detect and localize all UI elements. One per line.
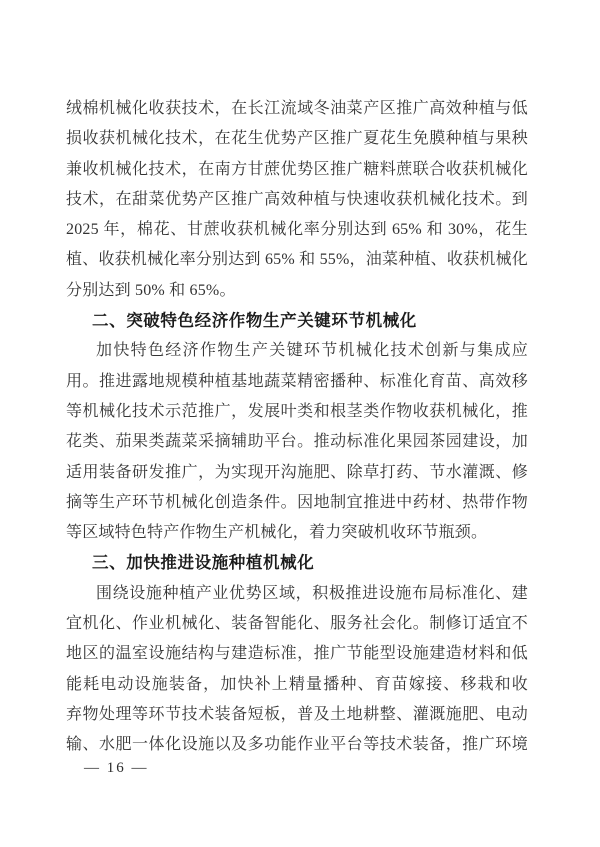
text-line: 围绕设施种植产业优势区域，积极推进设施布局标准化、建造 bbox=[66, 579, 528, 609]
text-line: 加快特色经济作物生产关键环节机械化技术创新与集成应 bbox=[66, 336, 528, 366]
text-line: 等区域特色特产作物生产机械化，着力突破机收环节瓶颈。 bbox=[66, 518, 528, 548]
text-line: 适用装备研发推广，为实现开沟施肥、除草打药、节水灌溉、修剪采 bbox=[66, 458, 528, 488]
text-line: 植、收获机械化率分别达到 65% 和 55%，油菜种植、收获机械化率 bbox=[66, 245, 528, 275]
text-line: 2025 年，棉花、甘蔗收获机械化率分别达到 65% 和 30%，花生种 bbox=[66, 215, 528, 245]
text-line: 宜机化、作业机械化、装备智能化、服务社会化。制修订适宜不同 bbox=[66, 609, 528, 639]
text-line: 输、水肥一体化设施以及多功能作业平台等技术装备，推广环境自 bbox=[66, 730, 528, 760]
text-line: 地区的温室设施结构与建造标准，推广节能型设施建造材料和低 bbox=[66, 639, 528, 669]
section-heading: 三、加快推进设施种植机械化 bbox=[66, 548, 528, 578]
text-line: 分别达到 50% 和 65%。 bbox=[66, 276, 528, 306]
text-line: 兼收机械化技术，在南方甘蔗优势区推广糖料蔗联合收获机械化 bbox=[66, 155, 528, 185]
text-line: 花类、茄果类蔬菜采摘辅助平台。推动标准化果园茶园建设，加快 bbox=[66, 427, 528, 457]
text-line: 摘等生产环节机械化创造条件。因地制宜推进中药材、热带作物 bbox=[66, 488, 528, 518]
document-body: 绒棉机械化收获技术，在长江流域冬油菜产区推广高效种植与低损收获机械化技术，在花生… bbox=[66, 94, 528, 761]
text-line: 技术，在甜菜优势产区推广高效种植与快速收获机械化技术。到 bbox=[66, 185, 528, 215]
text-line: 等机械化技术示范推广，发展叶类和根茎类作物收获机械化，推广 bbox=[66, 397, 528, 427]
text-line: 绒棉机械化收获技术，在长江流域冬油菜产区推广高效种植与低 bbox=[66, 94, 528, 124]
text-line: 损收获机械化技术，在花生优势产区推广夏花生免膜种植与果秧 bbox=[66, 124, 528, 154]
page-number: — 16 — bbox=[84, 760, 149, 777]
text-line: 用。推进露地规模种植基地蔬菜精密播种、标准化育苗、高效移栽 bbox=[66, 367, 528, 397]
section-heading: 二、突破特色经济作物生产关键环节机械化 bbox=[66, 306, 528, 336]
document-page: 绒棉机械化收获技术，在长江流域冬油菜产区推广高效种植与低损收获机械化技术，在花生… bbox=[0, 0, 600, 847]
text-line: 能耗电动设施装备，加快补上精量播种、育苗嫁接、移栽和收获、废 bbox=[66, 670, 528, 700]
text-line: 弃物处理等环节技术装备短板，普及土地耕整、灌溉施肥、电动运 bbox=[66, 700, 528, 730]
